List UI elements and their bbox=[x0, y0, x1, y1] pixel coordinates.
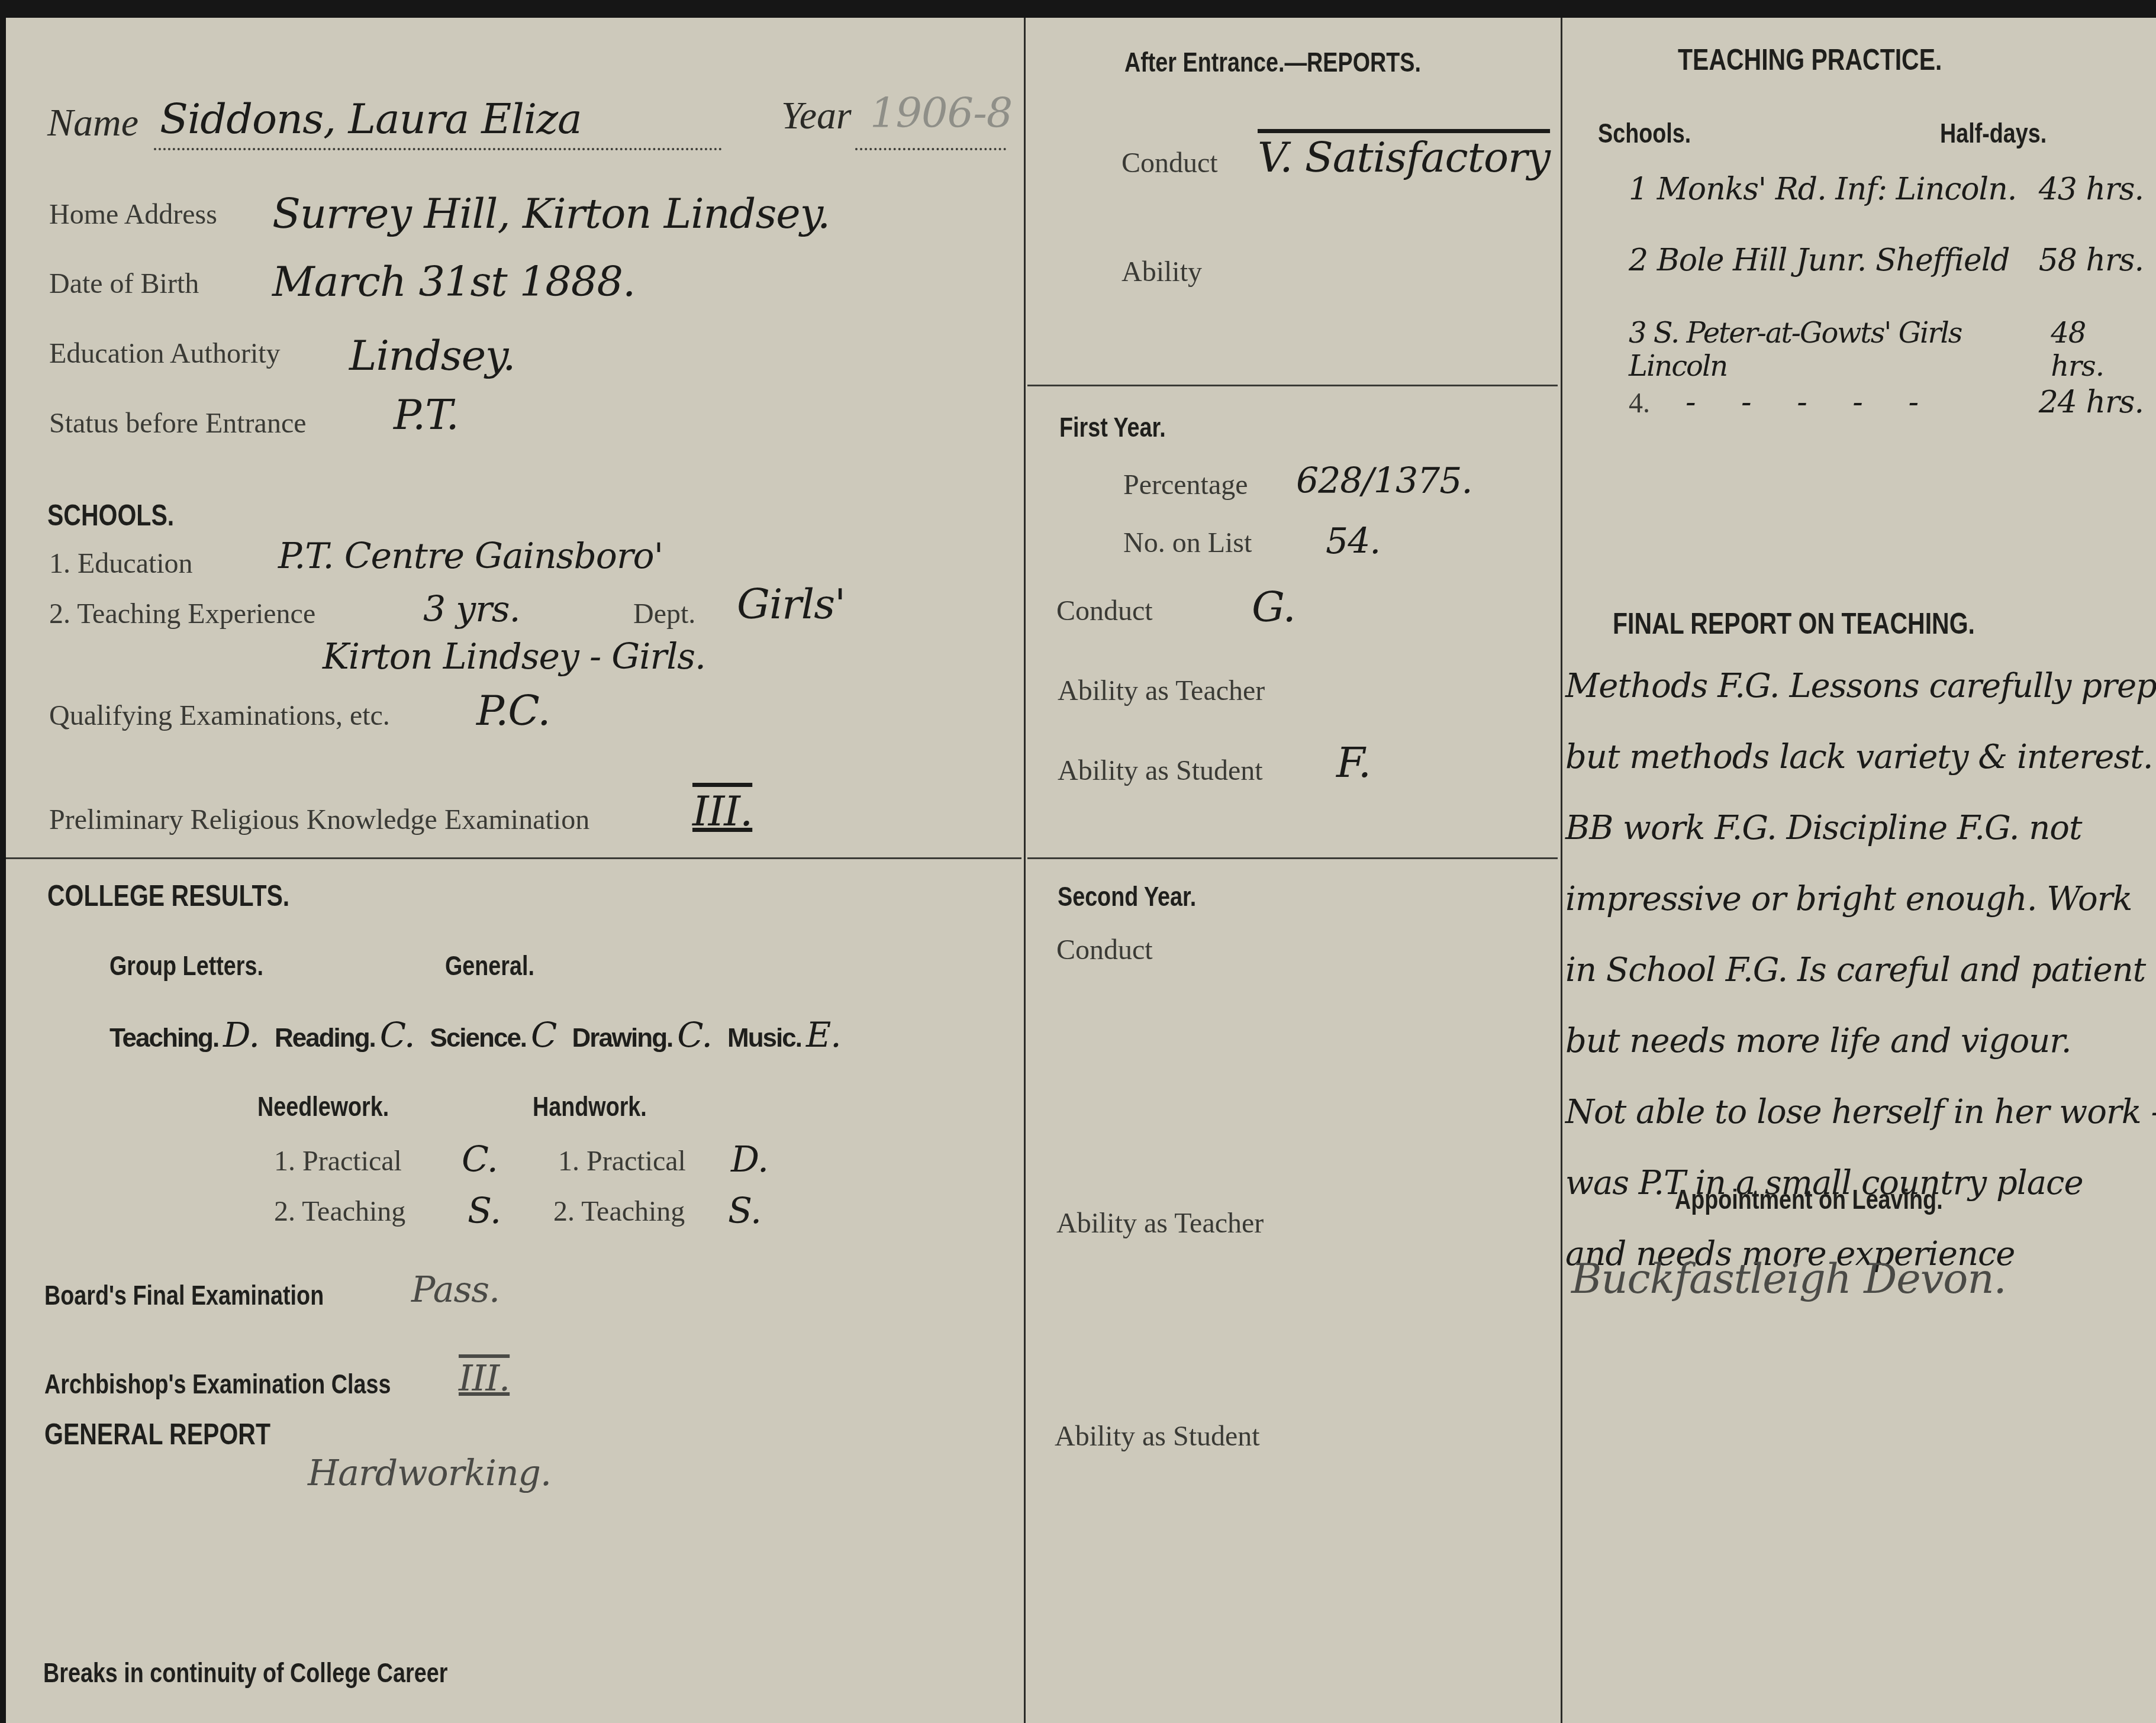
rule-mid-lower bbox=[1027, 857, 1558, 859]
boards-final-value: Pass. bbox=[411, 1269, 499, 1311]
teaching-practice-row: 3 S. Peter-at-Gowts' Girls Lincoln 48 hr… bbox=[1629, 317, 2144, 383]
needlework-label: Needlework. bbox=[257, 1090, 389, 1122]
general-report-value: Hardworking. bbox=[308, 1453, 551, 1494]
handwork-teaching-value: S. bbox=[728, 1190, 761, 1232]
appointment-value: Buckfastleigh Devon. bbox=[1571, 1254, 2006, 1303]
reports-heading: After Entrance.—REPORTS. bbox=[1124, 46, 1421, 78]
dob-label: Date of Birth bbox=[49, 267, 199, 300]
after-entrance-conduct-value: V. Satisfactory bbox=[1258, 133, 1550, 182]
first-year-conduct-value: G. bbox=[1252, 583, 1295, 631]
dept-label: Dept. bbox=[633, 598, 695, 630]
teaching-practice-row: 4. - - - - - 24 hrs. bbox=[1629, 385, 2144, 420]
handwork-practical-label: 1. Practical bbox=[558, 1145, 686, 1177]
boards-final-label: Board's Final Examination bbox=[44, 1279, 324, 1311]
final-report-line: but methods lack variety & interest. bbox=[1565, 722, 2151, 793]
home-address-label: Home Address bbox=[49, 198, 217, 231]
no-on-list-value: 54. bbox=[1326, 521, 1380, 562]
after-entrance-conduct-label: Conduct bbox=[1121, 147, 1218, 179]
teaching-practice-row: 1 Monks' Rd. Inf: Lincoln. 43 hrs. bbox=[1629, 172, 2144, 207]
first-year-ability-student-label: Ability as Student bbox=[1058, 754, 1263, 787]
handwork-practical-value: D. bbox=[731, 1139, 768, 1180]
grade-drawing: Drawing. C. bbox=[572, 1015, 712, 1055]
needlework-teaching-label: 2. Teaching bbox=[274, 1195, 405, 1228]
after-entrance-ability-label: Ability bbox=[1121, 256, 1202, 288]
rule-left-middle bbox=[6, 857, 1021, 859]
grade-science: Science. C bbox=[430, 1015, 557, 1055]
half-days-column-label: Half-days. bbox=[1940, 117, 2047, 149]
grade-music: Music. E. bbox=[727, 1015, 841, 1055]
appointment-label: Appointment on Leaving. bbox=[1675, 1183, 1943, 1215]
archbishop-label: Archbishop's Examination Class bbox=[44, 1368, 391, 1400]
religious-label: Preliminary Religious Knowledge Examinat… bbox=[49, 804, 589, 836]
group-letters-label: Group Letters. bbox=[109, 950, 263, 982]
year-value: 1906-8 bbox=[870, 89, 1012, 137]
general-report-label: GENERAL REPORT bbox=[44, 1417, 270, 1451]
second-year-ability-student-label: Ability as Student bbox=[1055, 1420, 1260, 1453]
education-authority-value: Lindsey. bbox=[349, 331, 515, 380]
year-dotted-line bbox=[855, 148, 1006, 150]
final-report-heading: FINAL REPORT ON TEACHING. bbox=[1613, 606, 1975, 641]
teaching-practice-heading: TEACHING PRACTICE. bbox=[1678, 43, 1942, 77]
grades-row: Teaching. D. Reading. C. Science. C Draw… bbox=[109, 1015, 841, 1055]
first-year-ability-student-value: F. bbox=[1336, 738, 1371, 787]
needlework-practical-value: C. bbox=[462, 1139, 498, 1180]
breaks-label: Breaks in continuity of College Career bbox=[43, 1657, 447, 1689]
grade-reading: Reading. C. bbox=[275, 1015, 415, 1055]
final-report-line: impressive or bright enough. Work bbox=[1565, 864, 2151, 935]
dept-value: Girls' bbox=[737, 580, 845, 628]
archbishop-value: III. bbox=[459, 1358, 510, 1399]
rule-mid-upper bbox=[1027, 385, 1558, 386]
name-label: Name bbox=[47, 101, 138, 146]
handwork-label: Handwork. bbox=[533, 1090, 647, 1122]
first-year-conduct-label: Conduct bbox=[1056, 595, 1153, 627]
general-label: General. bbox=[445, 950, 534, 982]
qualifying-label: Qualifying Examinations, etc. bbox=[49, 699, 390, 732]
dob-value: March 31st 1888. bbox=[272, 257, 635, 306]
first-year-ability-teacher-label: Ability as Teacher bbox=[1058, 675, 1265, 707]
schools-column-label: Schools. bbox=[1598, 117, 1691, 149]
handwork-teaching-label: 2. Teaching bbox=[553, 1195, 685, 1228]
column-divider-right bbox=[1561, 18, 1562, 1723]
status-label: Status before Entrance bbox=[49, 407, 306, 440]
teaching-experience-school: Kirton Lindsey - Girls. bbox=[323, 636, 705, 677]
final-report-line: Not able to lose herself in her work - bbox=[1565, 1077, 2151, 1148]
percentage-value: 628/1375. bbox=[1296, 460, 1472, 502]
column-divider-left bbox=[1024, 18, 1026, 1723]
second-year-heading: Second Year. bbox=[1058, 880, 1196, 912]
teaching-practice-row: 2 Bole Hill Junr. Sheffield 58 hrs. bbox=[1629, 243, 2144, 278]
religious-value: III. bbox=[692, 787, 752, 835]
home-address-value: Surrey Hill, Kirton Lindsey. bbox=[272, 189, 830, 238]
final-report-line: but needs more life and vigour. bbox=[1565, 1006, 2151, 1077]
status-value: P.T. bbox=[394, 391, 459, 439]
percentage-label: Percentage bbox=[1123, 469, 1248, 501]
grade-teaching: Teaching. D. bbox=[109, 1015, 259, 1055]
final-report-line: in School F.G. Is careful and patient bbox=[1565, 935, 2151, 1006]
name-value: Siddons, Laura Eliza bbox=[160, 95, 582, 143]
first-year-heading: First Year. bbox=[1059, 411, 1166, 443]
needlework-practical-label: 1. Practical bbox=[274, 1145, 402, 1177]
teaching-experience-label: 2. Teaching Experience bbox=[49, 598, 315, 630]
year-label: Year bbox=[781, 93, 852, 138]
teaching-experience-value: 3 yrs. bbox=[423, 589, 520, 630]
second-year-conduct-label: Conduct bbox=[1056, 934, 1153, 966]
education-label: 1. Education bbox=[49, 547, 193, 580]
education-authority-label: Education Authority bbox=[49, 337, 281, 370]
no-on-list-label: No. on List bbox=[1123, 527, 1252, 559]
final-report-line: Methods F.G. Lessons carefully prepared bbox=[1565, 651, 2151, 722]
final-report-line: BB work F.G. Discipline F.G. not bbox=[1565, 793, 2151, 864]
college-results-heading: COLLEGE RESULTS. bbox=[47, 879, 289, 913]
second-year-ability-teacher-label: Ability as Teacher bbox=[1056, 1207, 1264, 1240]
schools-heading: SCHOOLS. bbox=[47, 498, 174, 533]
qualifying-value: P.C. bbox=[476, 686, 550, 735]
education-value: P.T. Centre Gainsboro' bbox=[278, 535, 663, 577]
name-dotted-line bbox=[154, 148, 722, 150]
needlework-teaching-value: S. bbox=[468, 1190, 501, 1232]
